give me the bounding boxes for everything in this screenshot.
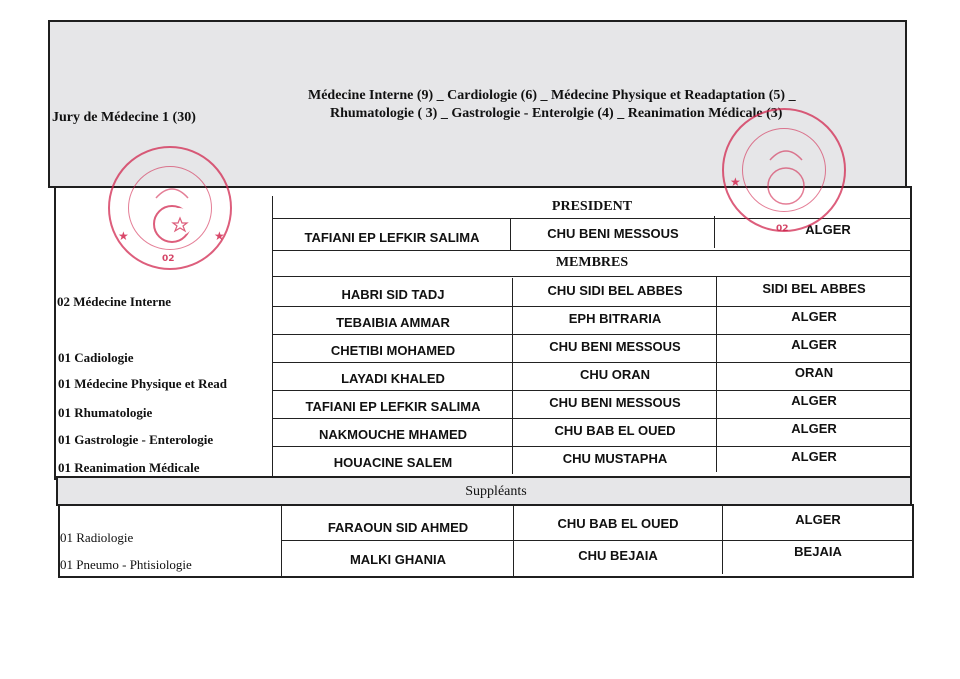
specialties-line-1: Médecine Interne (9) _ Cardiologie (6) _… — [308, 88, 796, 104]
specialty-item: 02 Médecine Interne — [57, 294, 171, 310]
column-divider — [512, 418, 513, 446]
column-divider — [512, 334, 513, 362]
column-divider — [512, 278, 513, 306]
member-city: ORAN — [718, 358, 910, 386]
suppleant-name: FARAOUN SID AHMED — [283, 512, 513, 542]
member-establishment: CHU BENI MESSOUS — [514, 332, 716, 360]
official-stamp-right: ★ 02 — [722, 108, 846, 232]
member-establishment: CHU SIDI BEL ABBES — [514, 276, 716, 304]
member-name: HOUACINE SALEM — [274, 448, 512, 476]
member-name: TAFIANI EP LEFKIR SALIMA — [274, 392, 512, 420]
column-divider — [716, 332, 717, 360]
specialty-item: 01 Médecine Physique et Read — [58, 376, 227, 392]
jury-title: Jury de Médecine 1 (30) — [52, 110, 196, 126]
membres-heading: MEMBRES — [274, 252, 910, 274]
suppleant-specialty: 01 Pneumo - Phtisiologie — [60, 557, 192, 573]
specialty-item: 01 Cadiologie — [58, 350, 133, 366]
svg-text:★: ★ — [730, 175, 741, 189]
official-stamp-left: ★ ★ 02 — [108, 146, 232, 270]
stamp-number: 02 — [776, 224, 789, 234]
suppleant-city: ALGER — [724, 504, 912, 534]
member-establishment: CHU MUSTAPHA — [514, 444, 716, 472]
column-divider — [512, 362, 513, 390]
president-name: TAFIANI EP LEFKIR SALIMA — [274, 222, 510, 252]
specialties-line-2: Rhumatologie ( 3) _ Gastrologie - Entero… — [330, 106, 782, 122]
column-divider — [512, 446, 513, 474]
suppleant-city: BEJAIA — [724, 536, 912, 566]
member-establishment: EPH BITRARIA — [514, 304, 716, 332]
member-name: NAKMOUCHE MHAMED — [274, 420, 512, 448]
member-name: HABRI SID TADJ — [274, 280, 512, 308]
member-name: CHETIBI MOHAMED — [274, 336, 512, 364]
suppleant-specialty: 01 Radiologie — [60, 530, 133, 546]
member-city: SIDI BEL ABBES — [718, 274, 910, 302]
column-divider — [716, 276, 717, 304]
member-city: ALGER — [718, 386, 910, 414]
member-city: ALGER — [718, 442, 910, 470]
member-establishment: CHU BAB EL OUED — [514, 416, 716, 444]
specialty-item: 01 Gastrologie - Enterologie — [58, 432, 213, 448]
specialty-item: 01 Reanimation Médicale — [58, 460, 200, 476]
member-name: TEBAIBIA AMMAR — [274, 308, 512, 336]
member-city: ALGER — [718, 414, 910, 442]
document-page: Jury de Médecine 1 (30) Médecine Interne… — [0, 0, 960, 679]
svg-text:★: ★ — [214, 229, 225, 243]
suppleant-establishment: CHU BEJAIA — [515, 540, 721, 570]
president-establishment: CHU BENI MESSOUS — [512, 218, 714, 248]
column-divider — [716, 416, 717, 444]
member-establishment: CHU ORAN — [514, 360, 716, 388]
suppleant-name: MALKI GHANIA — [283, 544, 513, 574]
member-name: LAYADI KHALED — [274, 364, 512, 392]
column-divider — [512, 390, 513, 418]
column-divider — [716, 304, 717, 332]
member-city: ALGER — [718, 330, 910, 358]
svg-text:★: ★ — [118, 229, 129, 243]
column-divider — [716, 388, 717, 416]
suppleants-heading: Suppléants — [56, 478, 936, 506]
suppleant-establishment: CHU BAB EL OUED — [515, 508, 721, 538]
column-divider — [716, 444, 717, 472]
crescent-star-icon: ★ — [724, 110, 848, 234]
specialty-item: 01 Rhumatologie — [58, 405, 152, 421]
column-divider — [512, 306, 513, 334]
member-establishment: CHU BENI MESSOUS — [514, 388, 716, 416]
stamp-number: 02 — [162, 254, 175, 264]
column-divider — [716, 360, 717, 388]
member-city: ALGER — [718, 302, 910, 330]
